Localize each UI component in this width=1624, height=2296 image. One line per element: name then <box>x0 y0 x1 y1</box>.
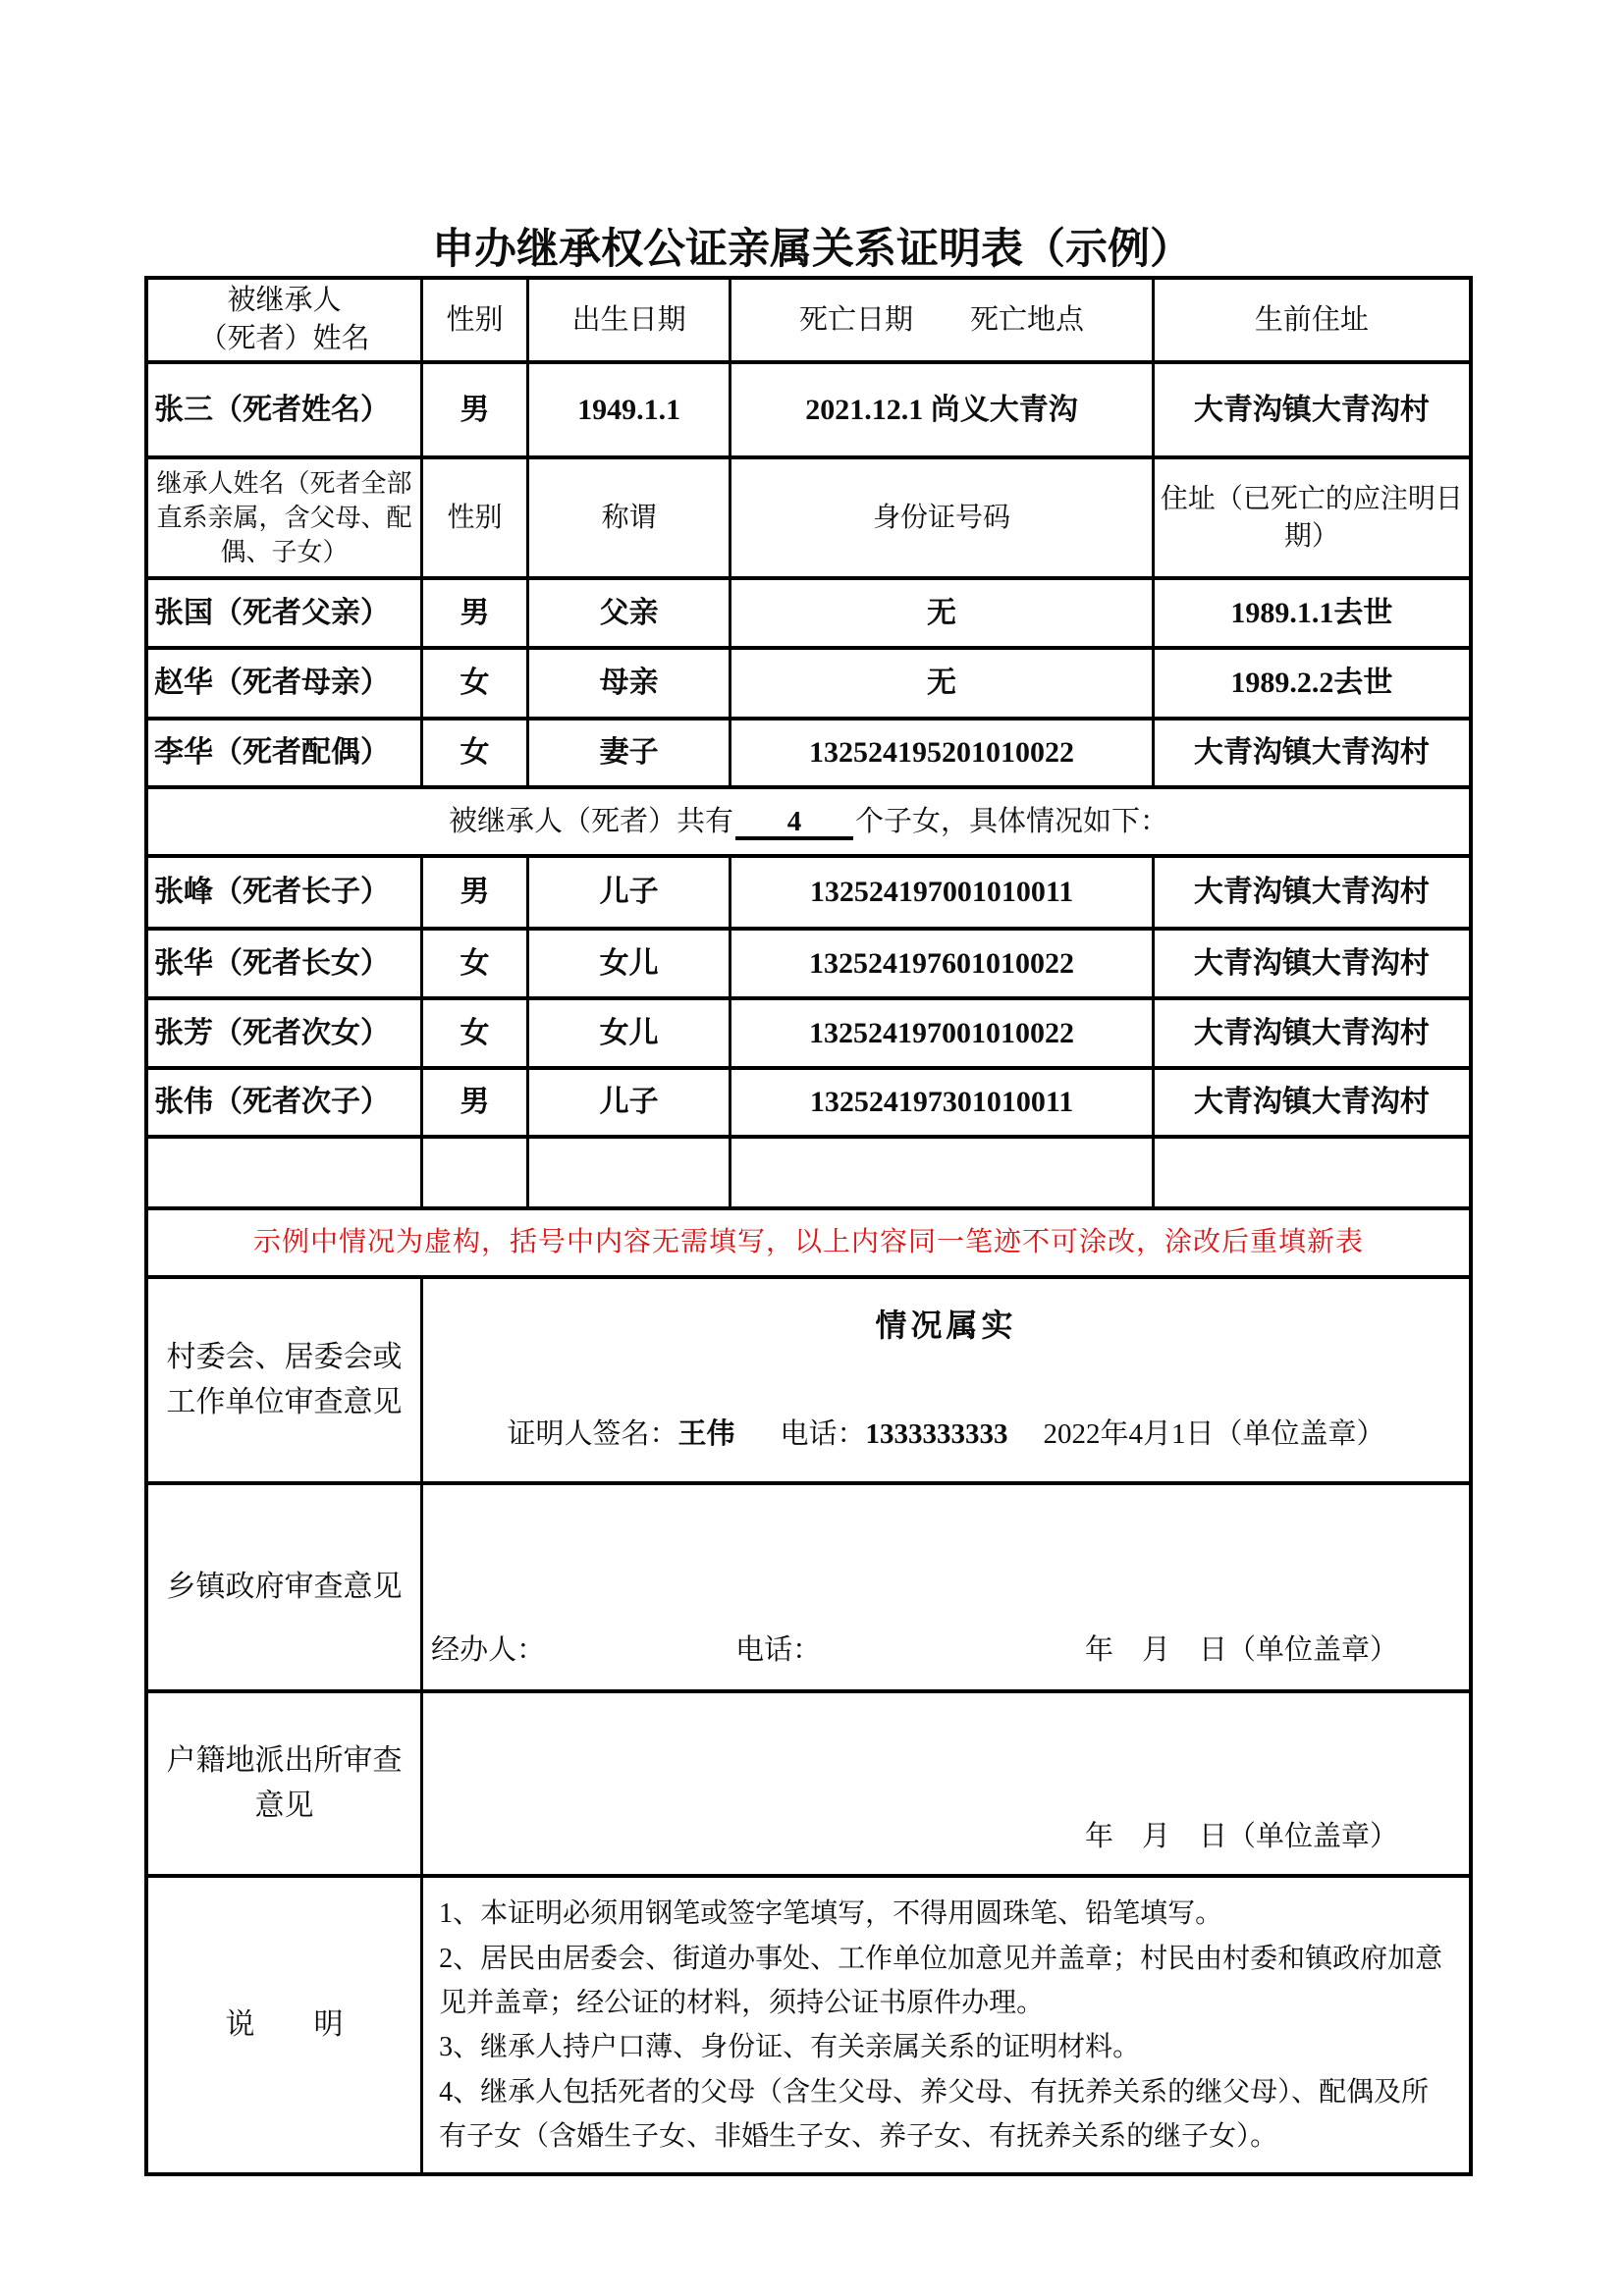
child-title-cell: 女儿 <box>527 929 730 998</box>
child-address-cell: 大青沟镇大青沟村 <box>1153 998 1471 1068</box>
relative-address-cell: 1989.1.1去世 <box>1153 578 1471 648</box>
kinship-certificate-table: 被继承人 （死者）姓名 性别 出生日期 死亡日期 死亡地点 生前住址 张三（死者… <box>144 276 1473 2176</box>
empty-cell <box>146 1137 422 1208</box>
header-heir-name: 继承人姓名（死者全部直系亲属，含父母、配偶、子女） <box>146 457 422 578</box>
table-row: 张伟（死者次子） 男 儿子 132524197301010011 大青沟镇大青沟… <box>146 1068 1471 1137</box>
relative-title-cell: 父亲 <box>527 578 730 648</box>
police-review-label: 户籍地派出所审查 意见 <box>146 1691 422 1876</box>
empty-cell <box>422 1137 528 1208</box>
child-name-cell: 张伟（死者次子） <box>146 1068 422 1137</box>
table-row: 继承人姓名（死者全部直系亲属，含父母、配偶、子女） 性别 称谓 身份证号码 住址… <box>146 457 1471 578</box>
table-row: 村委会、居委会或 工作单位审查意见 情况属实 证明人签名：王伟电话：133333… <box>146 1277 1471 1483</box>
child-title-cell: 儿子 <box>527 856 730 929</box>
child-title-cell: 儿子 <box>527 1068 730 1137</box>
empty-cell <box>527 1137 730 1208</box>
red-disclaimer-note: 示例中情况为虚构，括号中内容无需填写，以上内容同一笔迹不可涂改，涂改后重填新表 <box>146 1208 1471 1277</box>
children-note-prefix: 被继承人（死者）共有 <box>449 806 733 837</box>
page-title: 申办继承权公证亲属关系证明表（示例） <box>0 216 1624 276</box>
child-title-cell: 女儿 <box>527 998 730 1068</box>
relative-name-cell: 赵华（死者母亲） <box>146 648 422 719</box>
relative-id-cell: 无 <box>731 648 1153 719</box>
relative-name-cell: 李华（死者配偶） <box>146 719 422 787</box>
header-gender: 性别 <box>422 278 528 362</box>
table-row: 张华（死者长女） 女 女儿 132524197601010022 大青沟镇大青沟… <box>146 929 1471 998</box>
township-review-content: 经办人： 电话： 年 月 日（单位盖章） <box>422 1483 1471 1691</box>
header-heir-title: 称谓 <box>527 457 730 578</box>
table-row: 示例中情况为虚构，括号中内容无需填写，以上内容同一笔迹不可涂改，涂改后重填新表 <box>146 1208 1471 1277</box>
children-note-suffix: 个子女，具体情况如下： <box>855 806 1168 837</box>
header-death-date-place: 死亡日期 死亡地点 <box>731 278 1153 362</box>
table-row: 张峰（死者长子） 男 儿子 132524197001010011 大青沟镇大青沟… <box>146 856 1471 929</box>
table-row: 户籍地派出所审查 意见 年 月 日（单位盖章） <box>146 1691 1471 1876</box>
police-date-seal: 年 月 日（单位盖章） <box>1085 1818 1398 1856</box>
township-handler-label: 经办人： <box>431 1631 545 1670</box>
child-gender-cell: 男 <box>422 1068 528 1137</box>
village-review-content: 情况属实 证明人签名：王伟电话：13333333332022年4月1日（单位盖章… <box>422 1277 1471 1483</box>
children-count-value: 4 <box>735 807 853 840</box>
table-row: 张芳（死者次女） 女 女儿 132524197001010022 大青沟镇大青沟… <box>146 998 1471 1068</box>
phone-number: 1333333333 <box>866 1418 1008 1450</box>
header-heir-id: 身份证号码 <box>731 457 1153 578</box>
table-row <box>146 1137 1471 1208</box>
empty-cell <box>1153 1137 1471 1208</box>
table-row: 李华（死者配偶） 女 妻子 132524195201010022 大青沟镇大青沟… <box>146 719 1471 787</box>
relative-gender-cell: 女 <box>422 719 528 787</box>
village-date-seal: 2022年4月1日（单位盖章） <box>1044 1418 1385 1450</box>
table-row: 赵华（死者母亲） 女 母亲 无 1989.2.2去世 <box>146 648 1471 719</box>
relative-title-cell: 母亲 <box>527 648 730 719</box>
relative-gender-cell: 女 <box>422 648 528 719</box>
child-gender-cell: 女 <box>422 929 528 998</box>
relative-address-cell: 大青沟镇大青沟村 <box>1153 719 1471 787</box>
deceased-birth-cell: 1949.1.1 <box>527 362 730 457</box>
sign-prefix: 证明人签名： <box>508 1418 678 1450</box>
township-review-label: 乡镇政府审查意见 <box>146 1483 422 1691</box>
deceased-name-cell: 张三（死者姓名） <box>146 362 422 457</box>
deceased-death-cell: 2021.12.1 尚义大青沟 <box>731 362 1153 457</box>
empty-cell <box>731 1137 1153 1208</box>
children-count-note: 被继承人（死者）共有4个子女，具体情况如下： <box>146 787 1471 856</box>
village-signature-line: 证明人签名：王伟电话：13333333332022年4月1日（单位盖章） <box>423 1415 1469 1477</box>
township-date-seal: 年 月 日（单位盖章） <box>1085 1631 1398 1670</box>
header-heir-address: 住址（已死亡的应注明日期） <box>1153 457 1471 578</box>
village-review-label: 村委会、居委会或 工作单位审查意见 <box>146 1277 422 1483</box>
child-id-cell: 132524197001010022 <box>731 998 1153 1068</box>
header-birth-date: 出生日期 <box>527 278 730 362</box>
table-row: 被继承人（死者）共有4个子女，具体情况如下： <box>146 787 1471 856</box>
document-page: 申办继承权公证亲属关系证明表（示例） 被继承人 （死者）姓名 性别 出生日期 死… <box>0 0 1624 2296</box>
child-id-cell: 132524197601010022 <box>731 929 1153 998</box>
note-item-4: 4、继承人包括死者的父母（含生父母、养父母、有抚养关系的继父母）、配偶及所有子女… <box>439 2070 1453 2160</box>
child-name-cell: 张芳（死者次女） <box>146 998 422 1068</box>
relative-gender-cell: 男 <box>422 578 528 648</box>
deceased-address-cell: 大青沟镇大青沟村 <box>1153 362 1471 457</box>
child-address-cell: 大青沟镇大青沟村 <box>1153 929 1471 998</box>
child-name-cell: 张峰（死者长子） <box>146 856 422 929</box>
child-id-cell: 132524197301010011 <box>731 1068 1153 1137</box>
township-phone-label: 电话： <box>735 1631 821 1670</box>
child-name-cell: 张华（死者长女） <box>146 929 422 998</box>
child-gender-cell: 男 <box>422 856 528 929</box>
table-row: 张三（死者姓名） 男 1949.1.1 2021.12.1 尚义大青沟 大青沟镇… <box>146 362 1471 457</box>
note-item-1: 1、本证明必须用钢笔或签字笔填写，不得用圆珠笔、铅笔填写。 <box>439 1892 1453 1936</box>
deceased-gender-cell: 男 <box>422 362 528 457</box>
header-deceased-name: 被继承人 （死者）姓名 <box>146 278 422 362</box>
relative-address-cell: 1989.2.2去世 <box>1153 648 1471 719</box>
table-row: 乡镇政府审查意见 经办人： 电话： 年 月 日（单位盖章） <box>146 1483 1471 1691</box>
sign-name: 王伟 <box>678 1418 735 1450</box>
notes-label: 说 明 <box>146 1876 422 2174</box>
table-row: 说 明 1、本证明必须用钢笔或签字笔填写，不得用圆珠笔、铅笔填写。 2、居民由居… <box>146 1876 1471 2174</box>
relative-id-cell: 132524195201010022 <box>731 719 1153 787</box>
relative-id-cell: 无 <box>731 578 1153 648</box>
village-verdict: 情况属实 <box>423 1279 1469 1347</box>
child-address-cell: 大青沟镇大青沟村 <box>1153 856 1471 929</box>
child-gender-cell: 女 <box>422 998 528 1068</box>
relative-title-cell: 妻子 <box>527 719 730 787</box>
table-row: 被继承人 （死者）姓名 性别 出生日期 死亡日期 死亡地点 生前住址 <box>146 278 1471 362</box>
child-address-cell: 大青沟镇大青沟村 <box>1153 1068 1471 1137</box>
notes-content: 1、本证明必须用钢笔或签字笔填写，不得用圆珠笔、铅笔填写。 2、居民由居委会、街… <box>422 1876 1471 2174</box>
note-item-3: 3、继承人持户口薄、身份证、有关亲属关系的证明材料。 <box>439 2025 1453 2069</box>
phone-prefix: 电话： <box>781 1418 866 1450</box>
child-id-cell: 132524197001010011 <box>731 856 1153 929</box>
note-item-2: 2、居民由居委会、街道办事处、工作单位加意见并盖章；村民由村委和镇政府加意见并盖… <box>439 1937 1453 2026</box>
relative-name-cell: 张国（死者父亲） <box>146 578 422 648</box>
header-last-address: 生前住址 <box>1153 278 1471 362</box>
police-review-content: 年 月 日（单位盖章） <box>422 1691 1471 1876</box>
header-heir-gender: 性别 <box>422 457 528 578</box>
table-row: 张国（死者父亲） 男 父亲 无 1989.1.1去世 <box>146 578 1471 648</box>
